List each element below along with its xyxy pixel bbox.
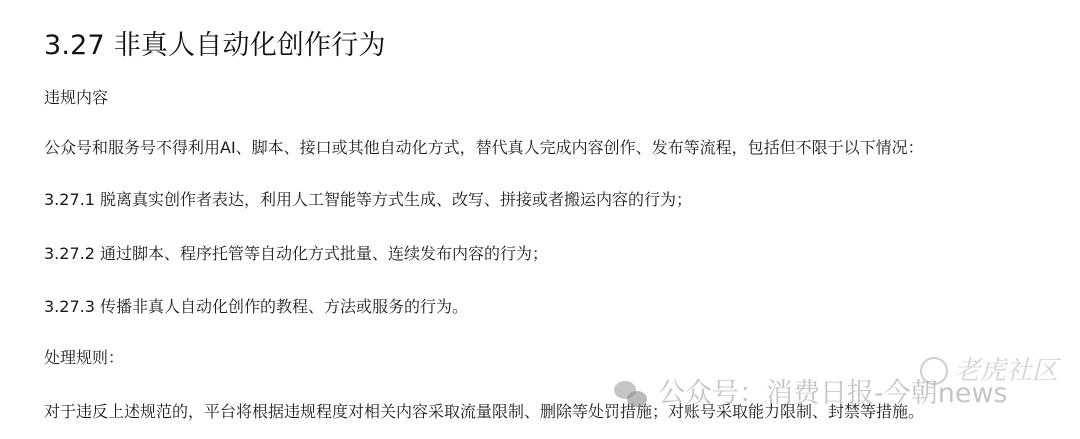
- violation-content-label: 违规内容: [44, 87, 108, 109]
- handling-rules-label: 处理规则：: [44, 347, 124, 369]
- intro-paragraph: 公众号和服务号不得利用AI、脚本、接口或其他自动化方式，替代真人完成内容创作、发…: [44, 137, 924, 159]
- tiger-watermark-text: 老虎社区: [954, 356, 1058, 386]
- handling-rules-paragraph: 对于违反上述规范的，平台将根据违规程度对相关内容采取流量限制、删除等处罚措施；对…: [44, 401, 924, 423]
- section-title: 3.27 非真人自动化创作行为: [44, 28, 386, 64]
- tiger-logo-icon: [920, 357, 948, 385]
- tiger-community-watermark: 老虎社区: [920, 356, 1058, 386]
- clause-3-27-2: 3.27.2 通过脚本、程序托管等自动化方式批量、连续发布内容的行为；: [44, 243, 548, 265]
- clause-3-27-3: 3.27.3 传播非真人自动化创作的教程、方法或服务的行为。: [44, 296, 468, 318]
- clause-3-27-1: 3.27.1 脱离真实创作者表达，利用人工智能等方式生成、改写、拼接或者搬运内容…: [44, 189, 692, 211]
